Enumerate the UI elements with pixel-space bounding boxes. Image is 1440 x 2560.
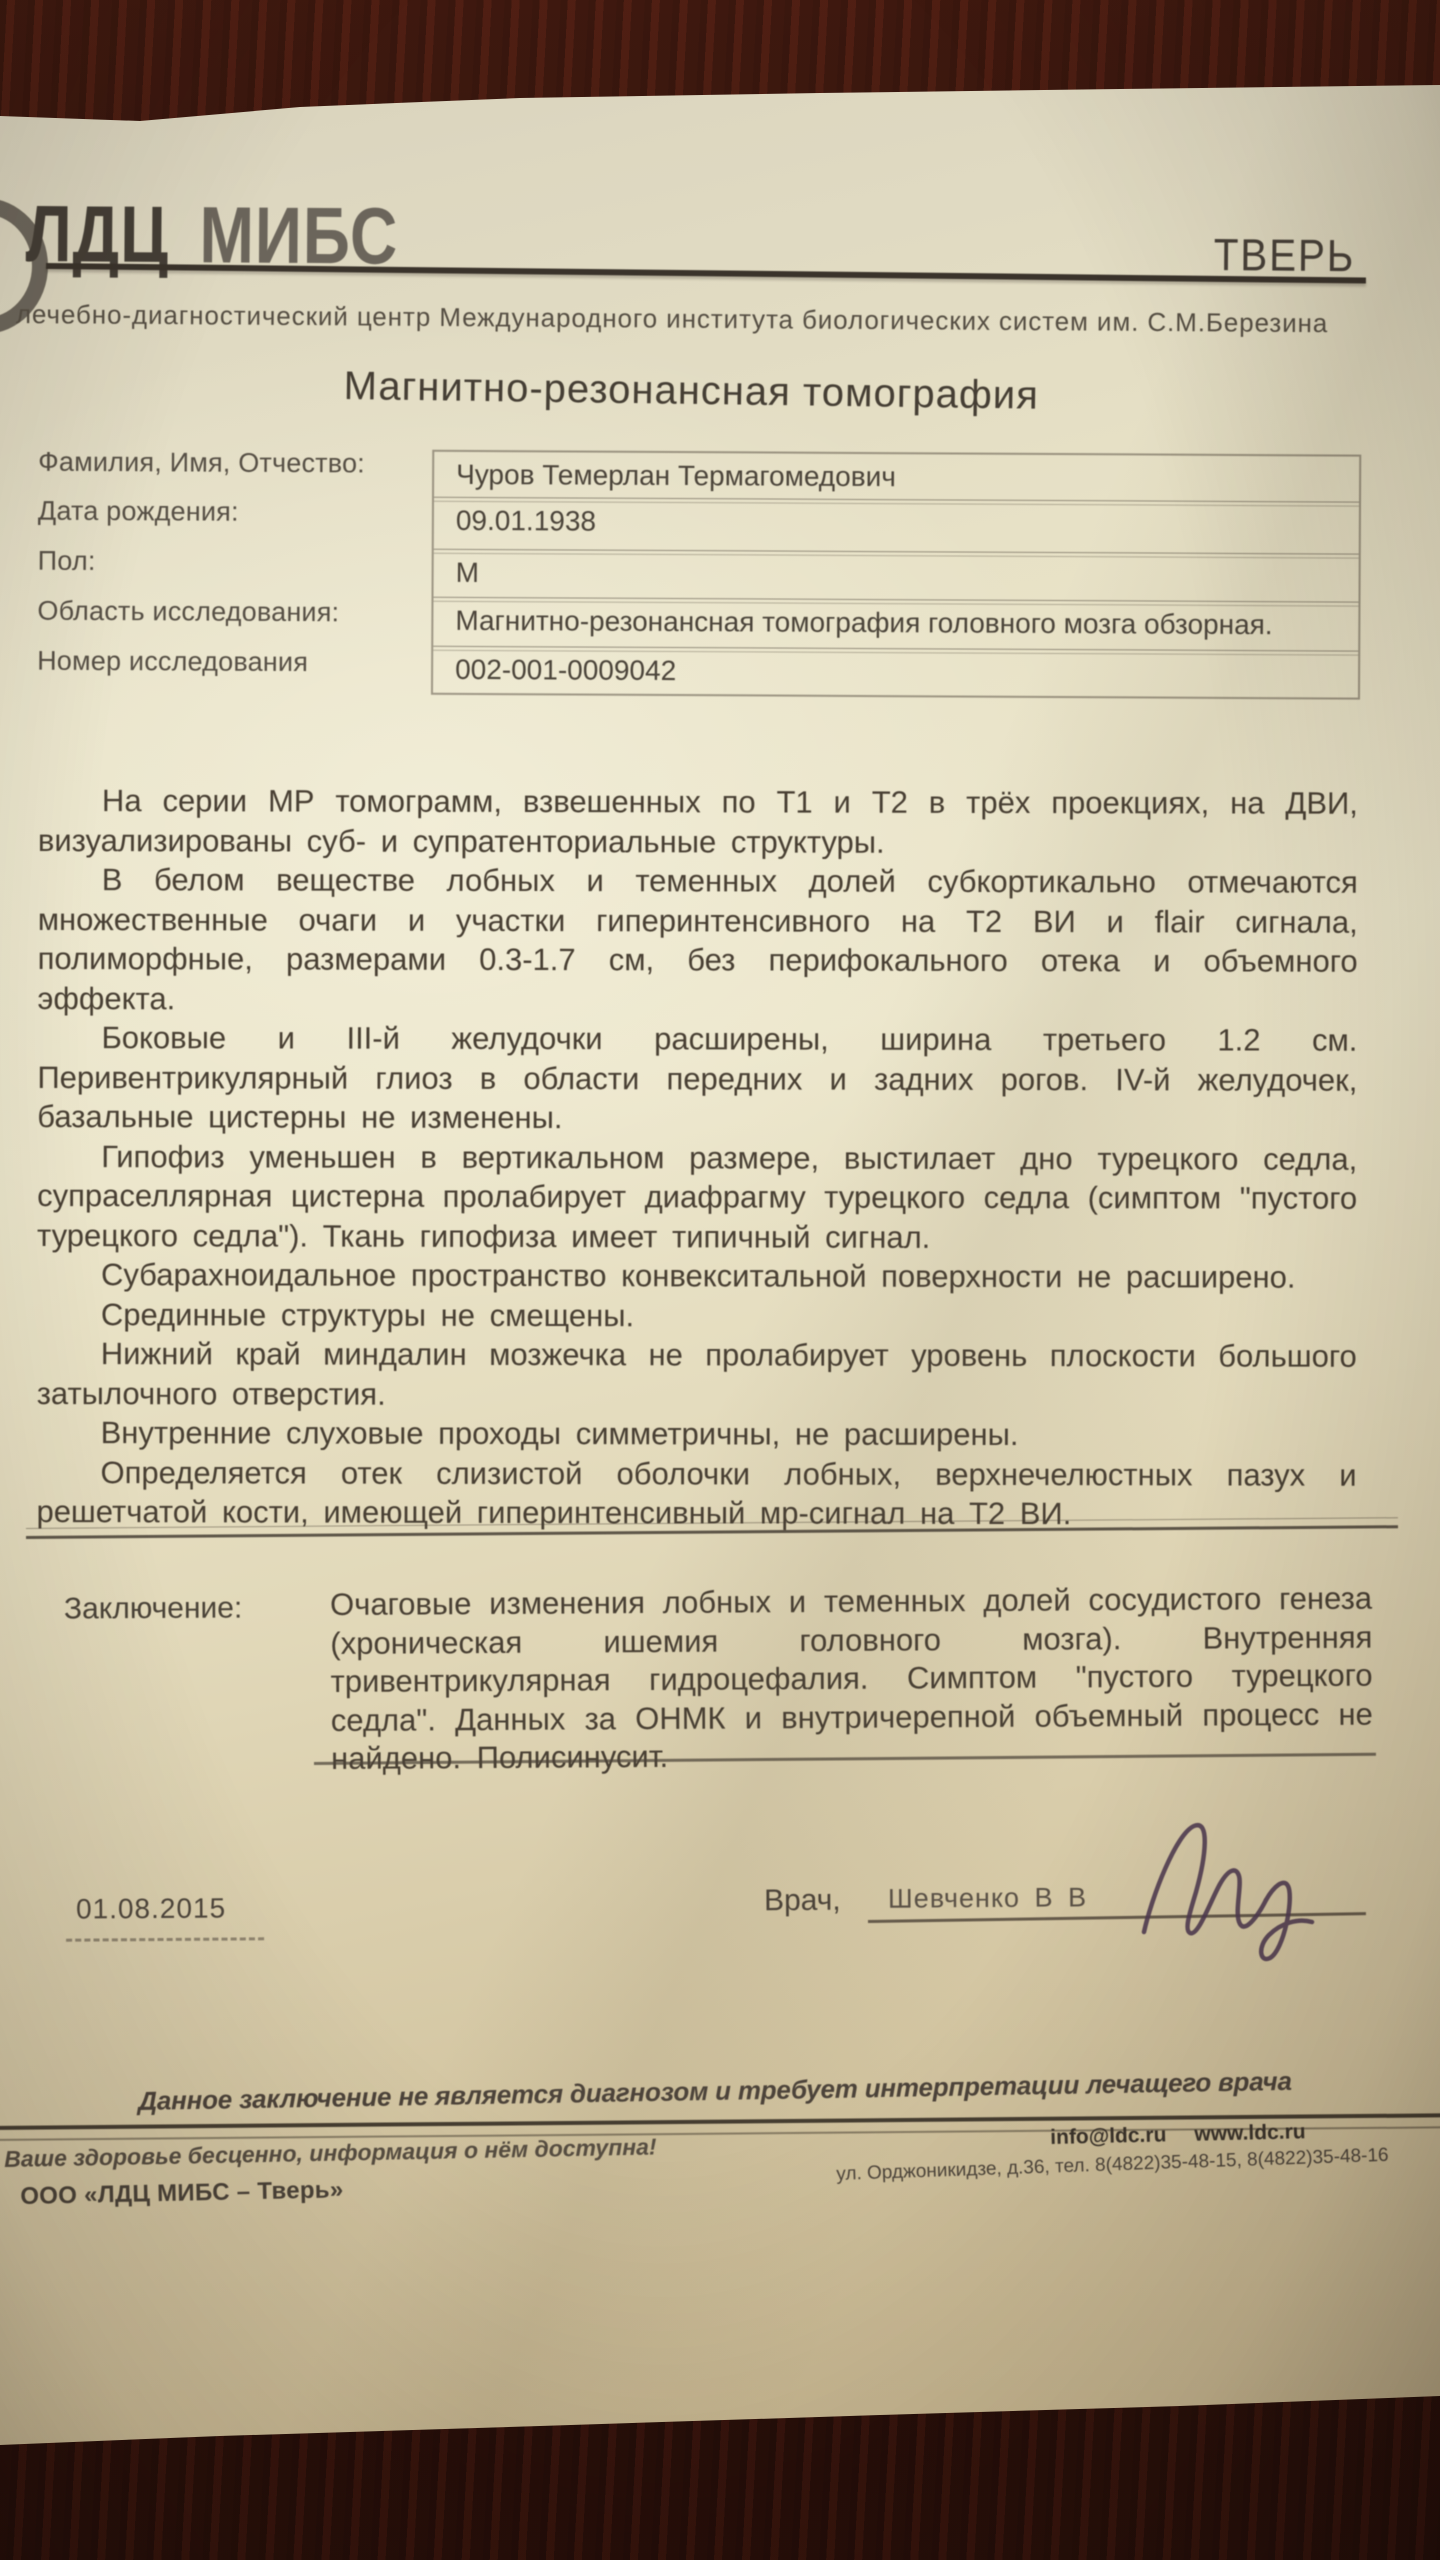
findings-paragraph: Субарахноидальное пространство конвексит… bbox=[37, 1255, 1357, 1297]
findings-paragraph: Нижний край миндалин мозжечка не пролаби… bbox=[37, 1334, 1357, 1416]
table-row: Чуров Темерлан Термагомедович bbox=[434, 452, 1359, 502]
study-number-value: 002-001-0009042 bbox=[455, 654, 676, 686]
field-label-study-number: Номер исследования bbox=[37, 646, 308, 678]
table-row: 002-001-0009042 bbox=[433, 646, 1358, 698]
findings-paragraph: На серии МР томограмм, взвешенных по Т1 … bbox=[38, 781, 1358, 863]
findings-paragraph: Внутренние слуховые проходы симметричны,… bbox=[37, 1413, 1357, 1455]
findings-paragraph: Срединные структуры не смещены. bbox=[37, 1294, 1357, 1336]
patient-values-table: Чуров Темерлан Термагомедович 09.01.1938… bbox=[431, 450, 1361, 700]
website-text: www.ldc.ru bbox=[1194, 2120, 1306, 2147]
conclusion-label: Заключение: bbox=[64, 1592, 242, 1627]
findings-paragraph: Боковые и III-й желудочки расширены, шир… bbox=[37, 1018, 1357, 1139]
conclusion-text: Очаговые изменения лобных и теменных дол… bbox=[330, 1580, 1373, 1779]
patient-birthdate-value: 09.01.1938 bbox=[456, 505, 596, 537]
photo-of-document: ЛДЦ МИБС ТВЕРЬ лечебно-диагностический ц… bbox=[0, 0, 1440, 2560]
findings-paragraph: Гипофиз уменьшен в вертикальном размере,… bbox=[37, 1136, 1357, 1257]
patient-name-value: Чуров Темерлан Термагомедович bbox=[456, 459, 896, 492]
table-row: 09.01.1938 bbox=[434, 497, 1359, 554]
findings-paragraph: В белом веществе лобных и теменных долей… bbox=[38, 860, 1358, 1021]
patient-sex-value: М bbox=[456, 557, 479, 588]
field-label-name: Фамилия, Имя, Отчество: bbox=[38, 447, 365, 480]
field-label-sex: Пол: bbox=[38, 546, 96, 577]
date-underline bbox=[66, 1911, 264, 1941]
doctor-label: Врач, bbox=[764, 1884, 841, 1919]
doctor-name: Шевченко В В bbox=[888, 1882, 1087, 1914]
table-row: М bbox=[433, 549, 1358, 602]
email-text: info@ldc.ru bbox=[1050, 2123, 1167, 2150]
study-area-value: Магнитно-резонансная томография головног… bbox=[455, 605, 1272, 640]
document-paper: ЛДЦ МИБС ТВЕРЬ лечебно-диагностический ц… bbox=[0, 0, 1440, 2560]
field-label-birthdate: Дата рождения: bbox=[38, 496, 239, 528]
field-label-study-area: Область исследования: bbox=[37, 596, 339, 629]
doctor-signature-handwriting bbox=[1130, 1806, 1330, 1971]
table-row: Магнитно-резонансная томография головног… bbox=[433, 597, 1358, 651]
findings-text: На серии МР томограмм, взвешенных по Т1 … bbox=[36, 781, 1358, 1534]
